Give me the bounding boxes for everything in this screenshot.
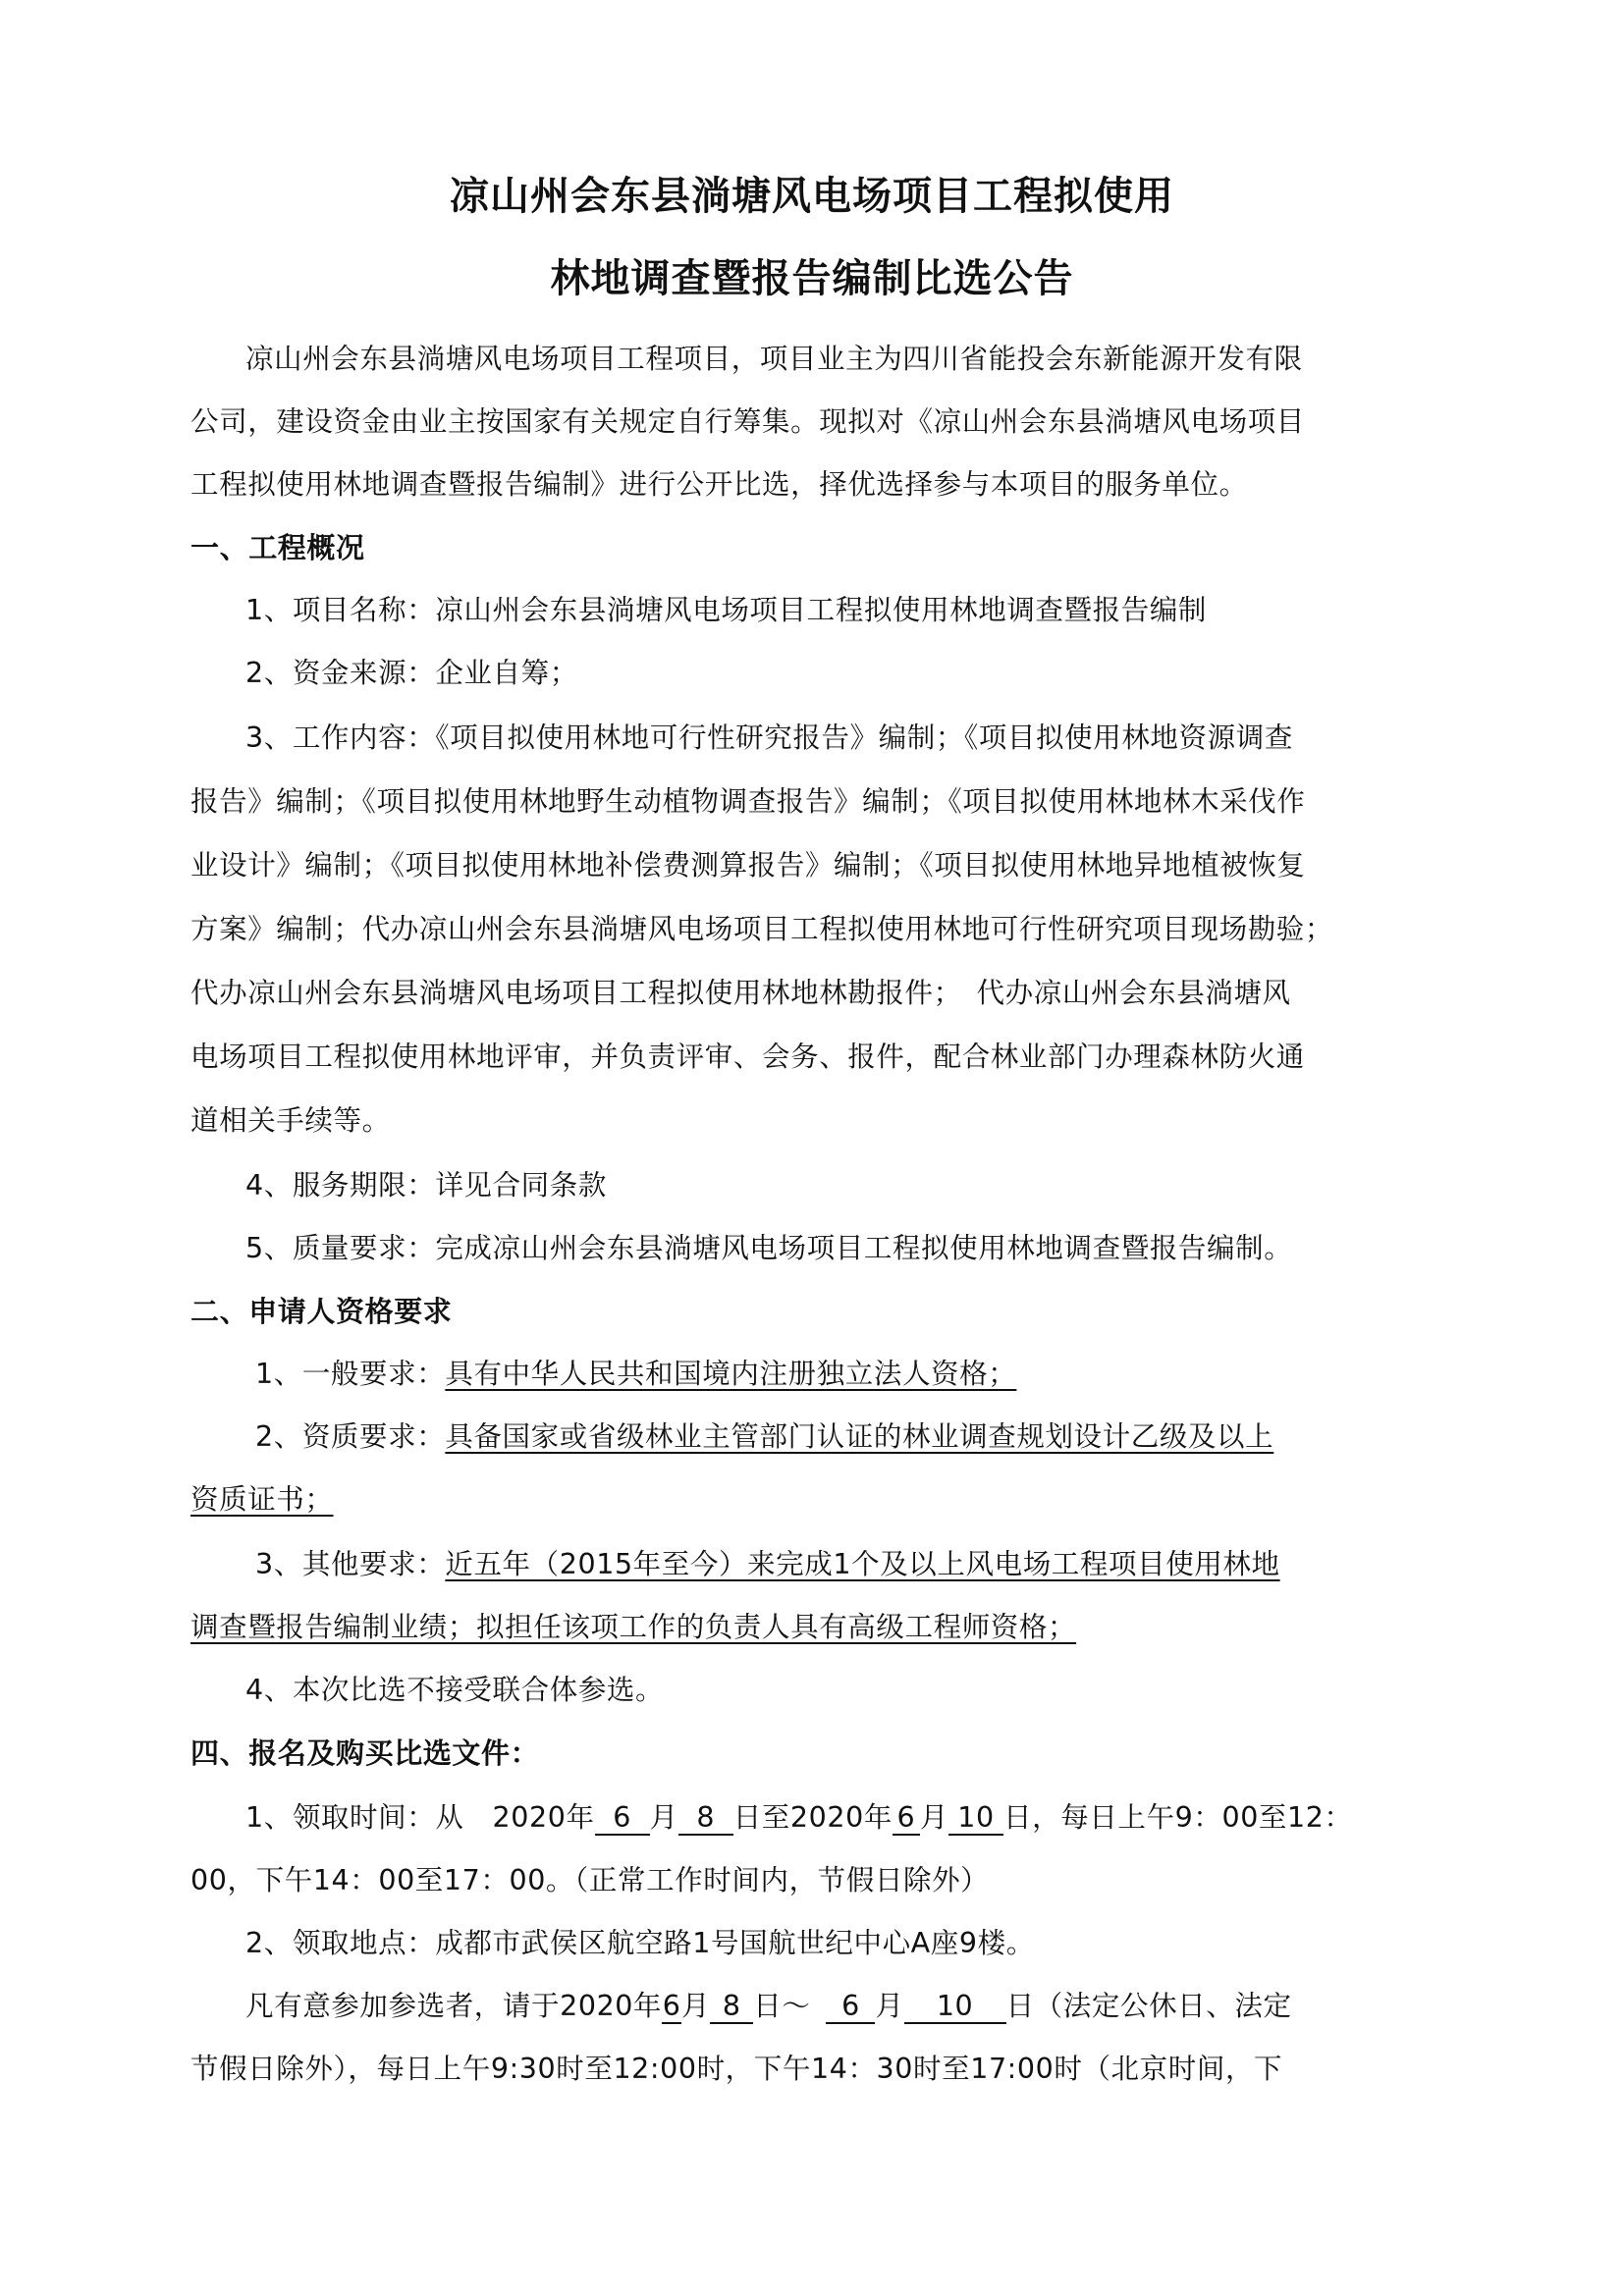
month-label: 月 <box>681 1990 710 2022</box>
intro-line-3: 工程拟使用林地调查暨报告编制》进行公开比选，择优选择参与本项目的服务单位。 <box>190 465 1449 505</box>
notice-prefix: 凡有意参加参选者，请于2020年 <box>245 1990 662 2022</box>
qualification-requirement-label: 2、资质要求： <box>255 1420 445 1453</box>
section-1-item-3-line-7: 道相关手续等。 <box>190 1101 1449 1141</box>
section-1-item-3-line-5: 代办凉山州会东县淌塘风电场项目工程拟使用林地林勘报件； 代办凉山州会东县淌塘风 <box>190 974 1449 1013</box>
registration-notice-line-1: 凡有意参加参选者，请于2020年6月8日～6月10日（法定公休日、法定 <box>245 1987 1504 2026</box>
document-page: 凉山州会东县淌塘风电场项目工程拟使用 林地调查暨报告编制比选公告 凉山州会东县淌… <box>0 0 1624 2296</box>
other-requirement-label: 3、其他要求： <box>255 1548 445 1580</box>
month-label: 月 <box>875 1990 903 2022</box>
section-1-item-4: 4、服务期限：详见合同条款 <box>245 1166 1504 1205</box>
notice-start-month: 6 <box>662 1991 681 2024</box>
date-separator: 日至2020年 <box>733 1801 893 1834</box>
section-2-item-1: 1、一般要求：具有中华人民共和国境内注册独立法人资格； <box>255 1355 1514 1394</box>
section-2-item-2: 2、资质要求：具备国家或省级林业主管部门认证的林业调查规划设计乙级及以上 <box>255 1417 1514 1457</box>
section-2-item-3-line-2: 调查暨报告编制业绩；拟担任该项工作的负责人具有高级工程师资格； <box>190 1608 1449 1647</box>
pickup-time-prefix: 1、领取时间：从 2020年 <box>245 1801 595 1834</box>
month-label: 月 <box>650 1801 678 1834</box>
pickup-end-day: 10 <box>948 1802 1003 1836</box>
notice-end-day: 10 <box>904 1991 1006 2024</box>
notice-end-month: 6 <box>826 1991 875 2024</box>
section-4-heading: 四、报名及购买比选文件： <box>190 1734 1449 1773</box>
section-4-item-1-line-2: 00，下午14：00至17：00。（正常工作时间内，节假日除外） <box>190 1861 1449 1900</box>
section-1-heading: 一、工程概况 <box>190 528 1449 567</box>
general-requirement-text: 具有中华人民共和国境内注册独立法人资格； <box>445 1358 1016 1390</box>
document-title-line-1: 凉山州会东县淌塘风电场项目工程拟使用 <box>0 165 1624 221</box>
section-2-heading: 二、申请人资格要求 <box>190 1292 1449 1331</box>
section-1-item-1: 1、项目名称：凉山州会东县淌塘风电场项目工程拟使用林地调查暨报告编制 <box>245 591 1504 630</box>
other-requirement-text-cont: 调查暨报告编制业绩；拟担任该项工作的负责人具有高级工程师资格； <box>190 1611 1076 1643</box>
section-1-item-5: 5、质量要求：完成凉山州会东县淌塘风电场项目工程拟使用林地调查暨报告编制。 <box>245 1229 1504 1268</box>
other-requirement-text: 近五年（2015年至今）来完成1个及以上风电场工程项目使用林地 <box>445 1548 1279 1580</box>
general-requirement-label: 1、一般要求： <box>255 1358 445 1390</box>
section-4-item-1: 1、领取时间：从 2020年6月8日至2020年6月10日，每日上午9：00至1… <box>245 1798 1504 1838</box>
notice-start-day: 8 <box>710 1991 753 2024</box>
qualification-requirement-text-cont: 资质证书； <box>190 1483 334 1516</box>
section-2-item-4: 4、本次比选不接受联合体参选。 <box>245 1671 1504 1710</box>
section-1-item-3-line-3: 业设计》编制；《项目拟使用林地补偿费测算报告》编制；《项目拟使用林地异地植被恢复 <box>190 846 1449 885</box>
document-title-line-2: 林地调查暨报告编制比选公告 <box>0 247 1624 303</box>
pickup-start-day: 8 <box>678 1802 733 1836</box>
month-label: 月 <box>920 1801 948 1834</box>
date-separator: 日～ <box>753 1990 810 2022</box>
qualification-requirement-text: 具备国家或省级林业主管部门认证的林业调查规划设计乙级及以上 <box>445 1420 1273 1453</box>
pickup-start-month: 6 <box>595 1802 650 1836</box>
section-2-item-3: 3、其他要求：近五年（2015年至今）来完成1个及以上风电场工程项目使用林地 <box>255 1545 1514 1584</box>
pickup-time-suffix: 日，每日上午9：00至12： <box>1003 1801 1353 1834</box>
section-1-item-3-line-6: 电场项目工程拟使用林地评审，并负责评审、会务、报件，配合林业部门办理森林防火通 <box>190 1038 1449 1077</box>
section-2-item-2-line-2: 资质证书； <box>190 1480 1449 1520</box>
intro-line-2: 公司，建设资金由业主按国家有关规定自行筹集。现拟对《凉山州会东县淌塘风电场项目 <box>190 402 1449 442</box>
intro-line-1: 凉山州会东县淌塘风电场项目工程项目，项目业主为四川省能投会东新能源开发有限 <box>245 340 1504 379</box>
registration-notice-line-2: 节假日除外），每日上午9:30时至12:00时，下午14：30时至17:00时（… <box>190 2050 1449 2089</box>
pickup-end-month: 6 <box>893 1802 920 1836</box>
section-1-item-2: 2、资金来源：企业自筹； <box>245 654 1504 693</box>
section-1-item-3-line-2: 报告》编制；《项目拟使用林地野生动植物调查报告》编制；《项目拟使用林地林木采伐作 <box>190 782 1449 822</box>
notice-suffix: 日（法定公休日、法定 <box>1006 1990 1292 2022</box>
section-4-item-2: 2、领取地点：成都市武侯区航空路1号国航世纪中心A座9楼。 <box>245 1924 1504 1963</box>
section-1-item-3-line-1: 3、工作内容：《项目拟使用林地可行性研究报告》编制；《项目拟使用林地资源调查 <box>245 719 1504 758</box>
section-1-item-3-line-4: 方案》编制；代办凉山州会东县淌塘风电场项目工程拟使用林地可行性研究项目现场勘验； <box>190 910 1449 949</box>
